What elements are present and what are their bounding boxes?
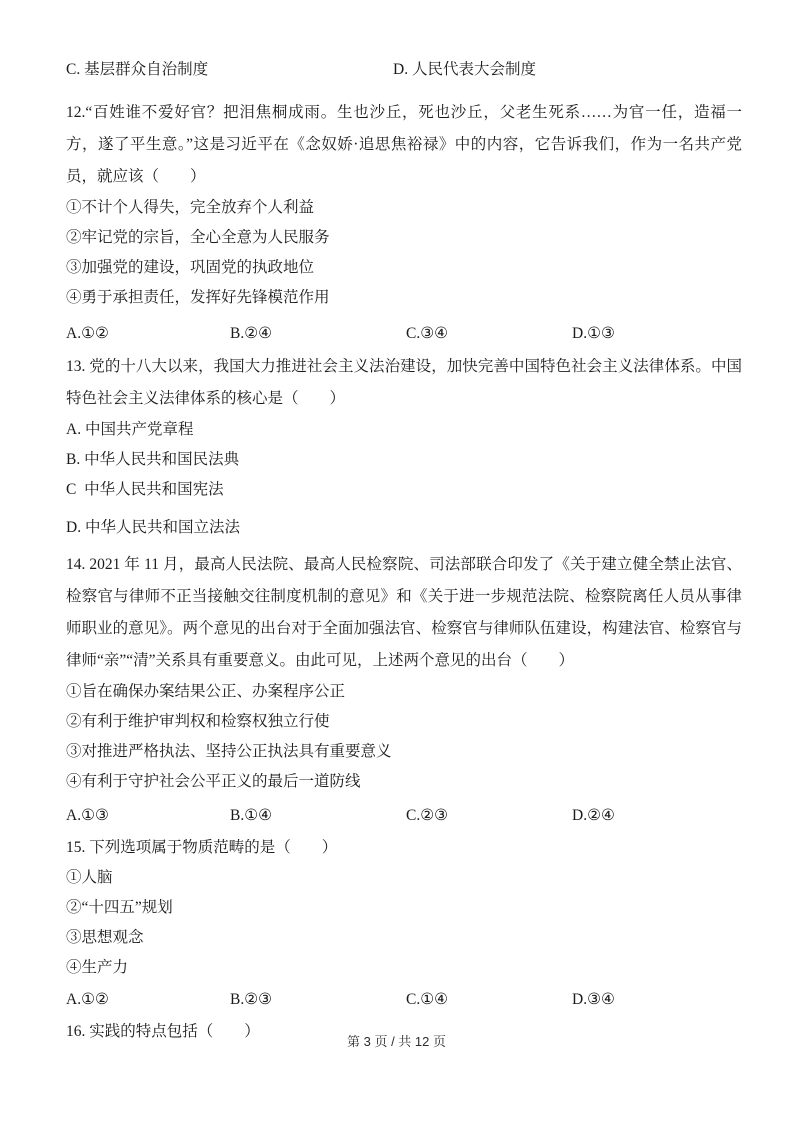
question-12-choices-row: A.①② B.②④ C.③④ D.①③ <box>66 319 742 349</box>
question-14-item-3: ③对推进严格执法、坚持公正执法具有重要意义 <box>66 737 742 767</box>
question-11-choice-c: C. 基层群众自治制度 <box>66 55 393 85</box>
question-11-choices-row: C. 基层群众自治制度 D. 人民代表大会制度 <box>66 55 742 85</box>
question-11-choice-d: D. 人民代表大会制度 <box>393 55 742 85</box>
question-14-item-2: ②有利于维护审判权和检察权独立行使 <box>66 707 742 737</box>
question-14-item-4: ④有利于守护社会公平正义的最后一道防线 <box>66 767 742 797</box>
question-15-choice-d: D.③④ <box>572 985 742 1015</box>
question-12-choice-a: A.①② <box>66 319 230 349</box>
question-12-choice-d: D.①③ <box>572 319 742 349</box>
question-15-choices-row: A.①② B.②③ C.①④ D.③④ <box>66 985 742 1015</box>
question-13: 13. 党的十八大以来，我国大力推进社会主义法治建设，加快完善中国特色社会主义法… <box>66 351 742 543</box>
question-15: 15. 下列选项属于物质范畴的是（ ） ①人脑 ②“十四五”规划 ③思想观念 ④… <box>66 833 742 1015</box>
exam-page-content: C. 基层群众自治制度 D. 人民代表大会制度 12.“百姓谁不爱好官？把泪焦桐… <box>66 55 742 1047</box>
question-13-choice-b: B. 中华人民共和国民法典 <box>66 445 742 475</box>
question-15-item-2: ②“十四五”规划 <box>66 893 742 923</box>
question-15-stem: 15. 下列选项属于物质范畴的是（ ） <box>66 833 742 863</box>
question-14-choice-d: D.②④ <box>572 801 742 831</box>
question-12-item-3: ③加强党的建设，巩固党的执政地位 <box>66 253 742 283</box>
question-15-choice-c: C.①④ <box>406 985 572 1015</box>
question-13-stem: 13. 党的十八大以来，我国大力推进社会主义法治建设，加快完善中国特色社会主义法… <box>66 351 742 415</box>
question-13-choice-a: A. 中国共产党章程 <box>66 415 742 445</box>
question-12-choice-b: B.②④ <box>230 319 406 349</box>
question-13-choice-c: C 中华人民共和国宪法 <box>66 475 742 505</box>
question-15-item-4: ④生产力 <box>66 953 742 983</box>
exam-page: C. 基层群众自治制度 D. 人民代表大会制度 12.“百姓谁不爱好官？把泪焦桐… <box>0 0 793 1122</box>
question-12-item-2: ②牢记党的宗旨，全心全意为人民服务 <box>66 223 742 253</box>
question-14-choices-row: A.①③ B.①④ C.②③ D.②④ <box>66 801 742 831</box>
page-number-footer: 第 3 页 / 共 12 页 <box>0 1033 793 1051</box>
question-12-stem: 12.“百姓谁不爱好官？把泪焦桐成雨。生也沙丘，死也沙丘，父老生死系……为官一任… <box>66 97 742 193</box>
question-14-choice-b: B.①④ <box>230 801 406 831</box>
question-15-item-1: ①人脑 <box>66 863 742 893</box>
question-14-item-1: ①旨在确保办案结果公正、办案程序公正 <box>66 677 742 707</box>
question-14-stem: 14. 2021 年 11 月，最高人民法院、最高人民检察院、司法部联合印发了《… <box>66 549 742 677</box>
question-14-choice-a: A.①③ <box>66 801 230 831</box>
question-13-choice-d: D. 中华人民共和国立法法 <box>66 513 742 543</box>
question-15-item-3: ③思想观念 <box>66 923 742 953</box>
question-14-choice-c: C.②③ <box>406 801 572 831</box>
question-12-item-4: ④勇于承担责任，发挥好先锋模范作用 <box>66 283 742 313</box>
question-12-choice-c: C.③④ <box>406 319 572 349</box>
question-14: 14. 2021 年 11 月，最高人民法院、最高人民检察院、司法部联合印发了《… <box>66 549 742 831</box>
question-12: 12.“百姓谁不爱好官？把泪焦桐成雨。生也沙丘，死也沙丘，父老生死系……为官一任… <box>66 97 742 349</box>
question-15-choice-a: A.①② <box>66 985 230 1015</box>
question-12-item-1: ①不计个人得失，完全放弃个人利益 <box>66 193 742 223</box>
question-15-choice-b: B.②③ <box>230 985 406 1015</box>
